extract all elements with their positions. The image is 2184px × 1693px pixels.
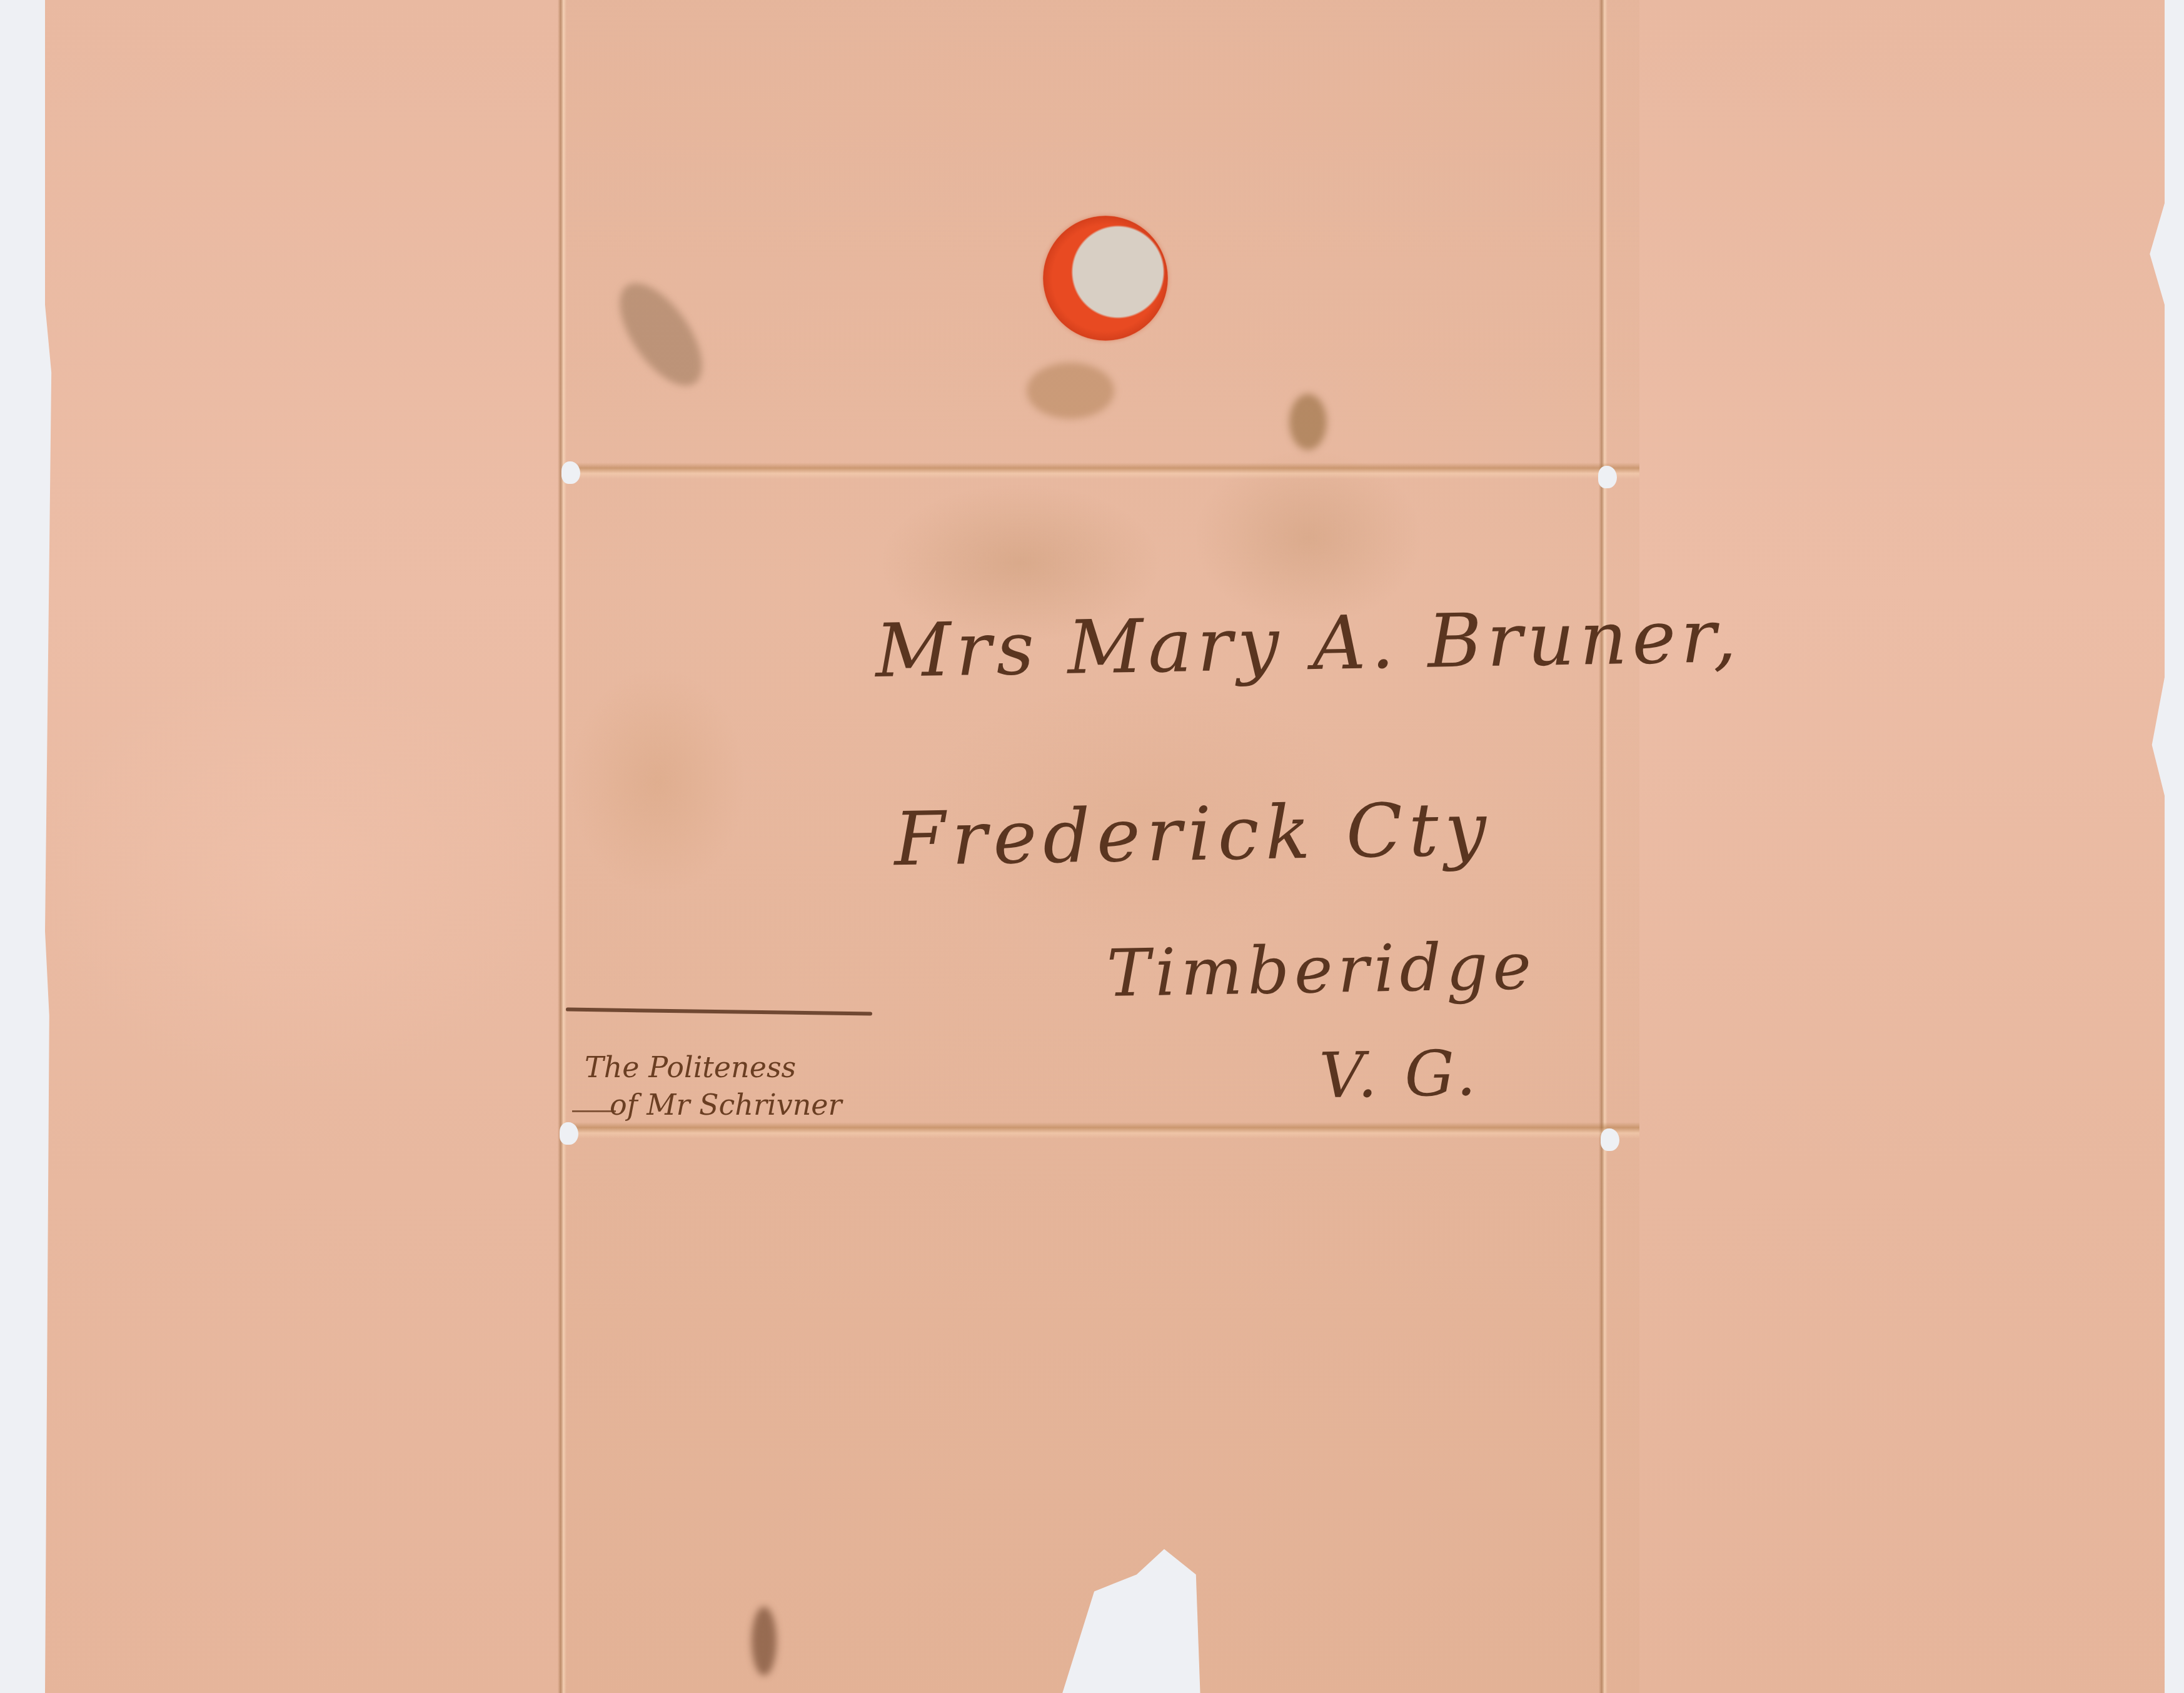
horizontal-fold-top xyxy=(564,463,1639,479)
fold-hole xyxy=(1598,466,1617,488)
carrier-note-line2: of Mr Schrivner xyxy=(610,1088,842,1122)
ink-stain xyxy=(752,1607,777,1675)
water-stain xyxy=(1289,394,1327,450)
fold-hole xyxy=(561,461,580,484)
horizontal-fold-bottom xyxy=(564,1122,1639,1138)
carrier-note-line1: The Politeness xyxy=(585,1050,796,1084)
vertical-fold-right xyxy=(1599,0,1608,1693)
fold-hole xyxy=(560,1122,578,1145)
wax-seal-icon xyxy=(1043,216,1168,341)
address-county: Frederick Cty xyxy=(893,786,1493,883)
water-stain xyxy=(1027,363,1114,419)
address-state: V. G. xyxy=(1319,1037,1480,1112)
fold-hole xyxy=(1601,1128,1619,1151)
address-town: Timberidge xyxy=(1106,928,1537,1012)
address-recipient: Mrs Mary A. Bruner, xyxy=(875,593,1742,694)
vertical-fold-left xyxy=(558,0,566,1693)
